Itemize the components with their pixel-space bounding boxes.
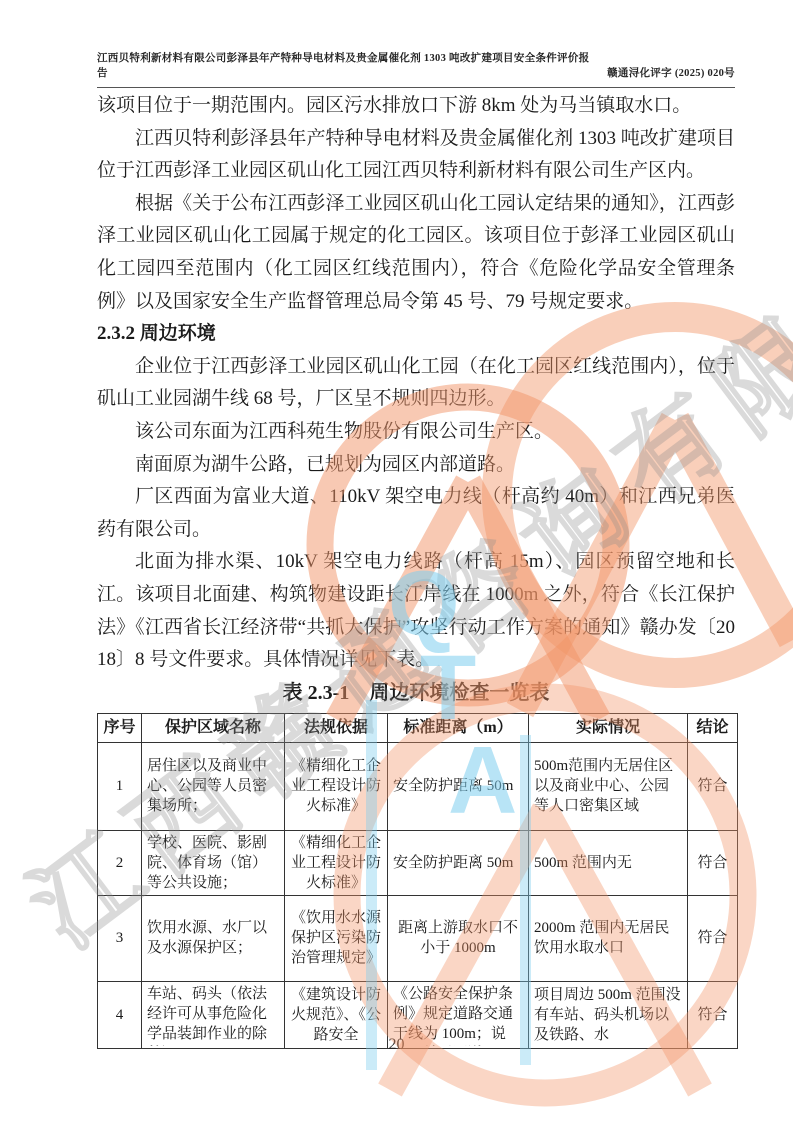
- body-paragraph: 南面原为湖牛公路，已规划为园区内部道路。: [97, 449, 735, 482]
- cell-basis: 《饮用水水源保护区污染防治管理规定》: [285, 895, 388, 981]
- col-header-actual: 实际情况: [529, 713, 688, 742]
- col-header-conclusion: 结论: [688, 713, 738, 742]
- table-title: 表 2.3-1 周边环境检查一览表: [97, 679, 735, 707]
- cell-standard: 安全防护距离 50m: [388, 830, 529, 895]
- body-paragraph: 该项目位于一期范围内。园区污水排放口下游 8km 处为马当镇取水口。: [97, 90, 735, 123]
- environment-check-table: 序号 保护区域名称 法规依据 标准距离（m） 实际情况 结论 1 居住区以及商业…: [97, 713, 738, 1049]
- cell-name: 饮用水源、水厂以及水源保护区；: [142, 895, 285, 981]
- document-body: 该项目位于一期范围内。园区污水排放口下游 8km 处为马当镇取水口。 江西贝特利…: [97, 90, 735, 1049]
- body-paragraph: 企业位于江西彭泽工业园区矶山化工园（在化工园区红线范围内），位于矶山工业园湖牛线…: [97, 351, 735, 416]
- col-header-name: 保护区域名称: [142, 713, 285, 742]
- col-header-seq: 序号: [98, 713, 142, 742]
- body-paragraph: 根据《关于公布江西彭泽工业园区矶山化工园认定结果的通知》，江西彭泽工业园区矶山化…: [97, 188, 735, 318]
- cell-name: 学校、医院、影剧院、体育场（馆）等公共设施；: [142, 830, 285, 895]
- cell-name: 居住区以及商业中心、公园等人员密集场所；: [142, 742, 285, 830]
- body-paragraph: 北面为排水渠、10kV 架空电力线路（杆高 15m）、园区预留空地和长江。该项目…: [97, 546, 735, 676]
- col-header-basis: 法规依据: [285, 713, 388, 742]
- cell-seq: 1: [98, 742, 142, 830]
- body-paragraph: 该公司东面为江西科苑生物股份有限公司生产区。: [97, 416, 735, 449]
- header-report-title: 江西贝特利新材料有限公司彭泽县年产特种导电材料及贵金属催化剂 1303 吨改扩建…: [97, 50, 593, 80]
- table-row: 2 学校、医院、影剧院、体育场（馆）等公共设施； 《精细化工企业工程设计防火标准…: [98, 830, 738, 895]
- cell-conclusion: 符合: [688, 742, 738, 830]
- cell-conclusion: 符合: [688, 830, 738, 895]
- cell-seq: 3: [98, 895, 142, 981]
- cell-standard: 安全防护距离 50m: [388, 742, 529, 830]
- cell-actual: 500m 范围内无: [529, 830, 688, 895]
- cell-standard: 距离上游取水口不小于 1000m: [388, 895, 529, 981]
- cell-actual: 2000m 范围内无居民饮用水取水口: [529, 895, 688, 981]
- body-paragraph: 厂区西面为富业大道、110kV 架空电力线（杆高约 40m）和江西兄弟医药有限公…: [97, 481, 735, 546]
- body-paragraph: 江西贝特利彭泽县年产特种导电材料及贵金属催化剂 1303 吨改扩建项目位于江西彭…: [97, 123, 735, 188]
- header-doc-number: 赣通浔化评字 (2025) 020号: [607, 65, 735, 80]
- cell-seq: 2: [98, 830, 142, 895]
- cell-basis: 《精细化工企业工程设计防火标准》: [285, 830, 388, 895]
- page-number: 20: [0, 1036, 793, 1054]
- table-row: 1 居住区以及商业中心、公园等人员密集场所； 《精细化工企业工程设计防火标准》 …: [98, 742, 738, 830]
- table-header-row: 序号 保护区域名称 法规依据 标准距离（m） 实际情况 结论: [98, 713, 738, 742]
- page-header: 江西贝特利新材料有限公司彭泽县年产特种导电材料及贵金属催化剂 1303 吨改扩建…: [97, 50, 735, 88]
- table-row: 3 饮用水源、水厂以及水源保护区； 《饮用水水源保护区污染防治管理规定》 距离上…: [98, 895, 738, 981]
- section-heading: 2.3.2 周边环境: [97, 318, 735, 351]
- document-page: 江西贝特利新材料有限公司彭泽县年产特种导电材料及贵金属催化剂 1303 吨改扩建…: [0, 0, 793, 1122]
- col-header-standard: 标准距离（m）: [388, 713, 529, 742]
- cell-basis: 《精细化工企业工程设计防火标准》: [285, 742, 388, 830]
- cell-conclusion: 符合: [688, 895, 738, 981]
- cell-actual: 500m范围内无居住区以及商业中心、公园等人口密集区域: [529, 742, 688, 830]
